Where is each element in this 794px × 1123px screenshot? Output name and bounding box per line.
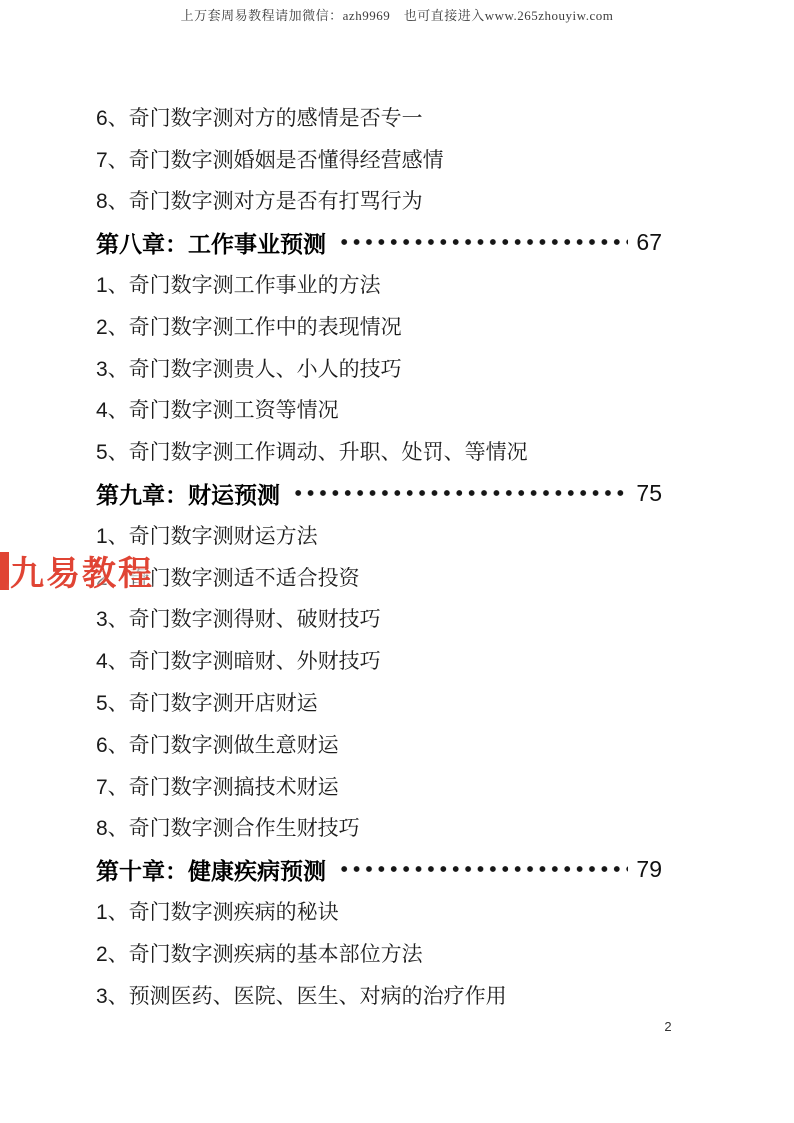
toc-item-text: 1、奇门数字测疾病的秘诀 <box>96 896 339 926</box>
watermark-text: 九易教程 <box>10 546 154 595</box>
chapter-title: 第八章：工作事业预测 <box>96 226 326 259</box>
watermark-bar <box>0 552 9 590</box>
toc-item-row: 3、奇门数字测得财、破财技巧 <box>96 598 662 640</box>
toc-item-text: 6、奇门数字测对方的感情是否专一 <box>96 102 423 132</box>
toc-item-text: 4、奇门数字测工资等情况 <box>96 394 339 424</box>
toc-item-text: 8、奇门数字测对方是否有打骂行为 <box>96 185 423 215</box>
toc-item-text: 5、奇门数字测开店财运 <box>96 687 318 717</box>
toc-item-text: 1、奇门数字测工作事业的方法 <box>96 269 381 299</box>
toc-item-row: 2、奇门数字测疾病的基本部位方法 <box>96 932 662 974</box>
toc-item-text: 2、奇门数字测疾病的基本部位方法 <box>96 938 423 968</box>
dot-leader <box>338 221 628 263</box>
toc-item-text: 2、奇门数字测工作中的表现情况 <box>96 311 402 341</box>
toc-item-row: 1、奇门数字测疾病的秘诀 <box>96 890 662 932</box>
toc-item-row: 8、奇门数字测对方是否有打骂行为 <box>96 180 662 222</box>
dot-leader <box>292 472 628 514</box>
chapter-page-number: 79 <box>636 856 662 883</box>
page-number: 2 <box>648 1019 688 1034</box>
watermark: 九易教程 <box>0 546 154 595</box>
dot-leader <box>338 848 628 890</box>
toc-item-text: 6、奇门数字测做生意财运 <box>96 729 339 759</box>
toc-item-row: 5、奇门数字测开店财运 <box>96 681 662 723</box>
toc-item-row: 4、奇门数字测暗财、外财技巧 <box>96 639 662 681</box>
toc-chapter-row: 第九章：财运预测75 <box>96 472 662 514</box>
toc-item-text: 4、奇门数字测暗财、外财技巧 <box>96 645 381 675</box>
toc-item-row: 2、奇门数字测工作中的表现情况 <box>96 305 662 347</box>
toc-item-text: 8、奇门数字测合作生财技巧 <box>96 812 360 842</box>
chapter-title: 第十章：健康疾病预测 <box>96 853 326 886</box>
toc-item-row: 7、奇门数字测婚姻是否懂得经营感情 <box>96 138 662 180</box>
toc-item-row: 3、奇门数字测贵人、小人的技巧 <box>96 347 662 389</box>
toc-item-text: 5、奇门数字测工作调动、升职、处罚、等情况 <box>96 436 528 466</box>
promo-header-text: 上万套周易教程请加微信：azh9969 也可直接进入www.265zhouyiw… <box>0 5 794 24</box>
toc-chapter-row: 第八章：工作事业预测67 <box>96 221 662 263</box>
toc-item-row: 8、奇门数字测合作生财技巧 <box>96 807 662 849</box>
toc-item-row: 6、奇门数字测做生意财运 <box>96 723 662 765</box>
document-page: 上万套周易教程请加微信：azh9969 也可直接进入www.265zhouyiw… <box>0 0 794 1123</box>
toc-item-row: 7、奇门数字测搞技术财运 <box>96 765 662 807</box>
toc-item-row: 6、奇门数字测对方的感情是否专一 <box>96 96 662 138</box>
toc-item-text: 7、奇门数字测婚姻是否懂得经营感情 <box>96 144 444 174</box>
toc-item-text: 7、奇门数字测搞技术财运 <box>96 771 339 801</box>
chapter-page-number: 67 <box>636 229 662 256</box>
toc-item-row: 3、预测医药、医院、医生、对病的治疗作用 <box>96 974 662 1016</box>
toc-item-row: 1、奇门数字测工作事业的方法 <box>96 263 662 305</box>
chapter-page-number: 75 <box>636 480 662 507</box>
toc-item-row: 5、奇门数字测工作调动、升职、处罚、等情况 <box>96 430 662 472</box>
toc-item-row: 4、奇门数字测工资等情况 <box>96 389 662 431</box>
toc-chapter-row: 第十章：健康疾病预测79 <box>96 848 662 890</box>
toc-item-row: 2、奇门数字测适不适合投资 <box>96 556 662 598</box>
toc-item-text: 3、奇门数字测得财、破财技巧 <box>96 603 381 633</box>
toc-item-text: 3、奇门数字测贵人、小人的技巧 <box>96 353 402 383</box>
toc: 6、奇门数字测对方的感情是否专一7、奇门数字测婚姻是否懂得经营感情8、奇门数字测… <box>96 96 662 1016</box>
toc-item-row: 1、奇门数字测财运方法 <box>96 514 662 556</box>
chapter-title: 第九章：财运预测 <box>96 477 280 510</box>
toc-item-text: 3、预测医药、医院、医生、对病的治疗作用 <box>96 980 507 1010</box>
